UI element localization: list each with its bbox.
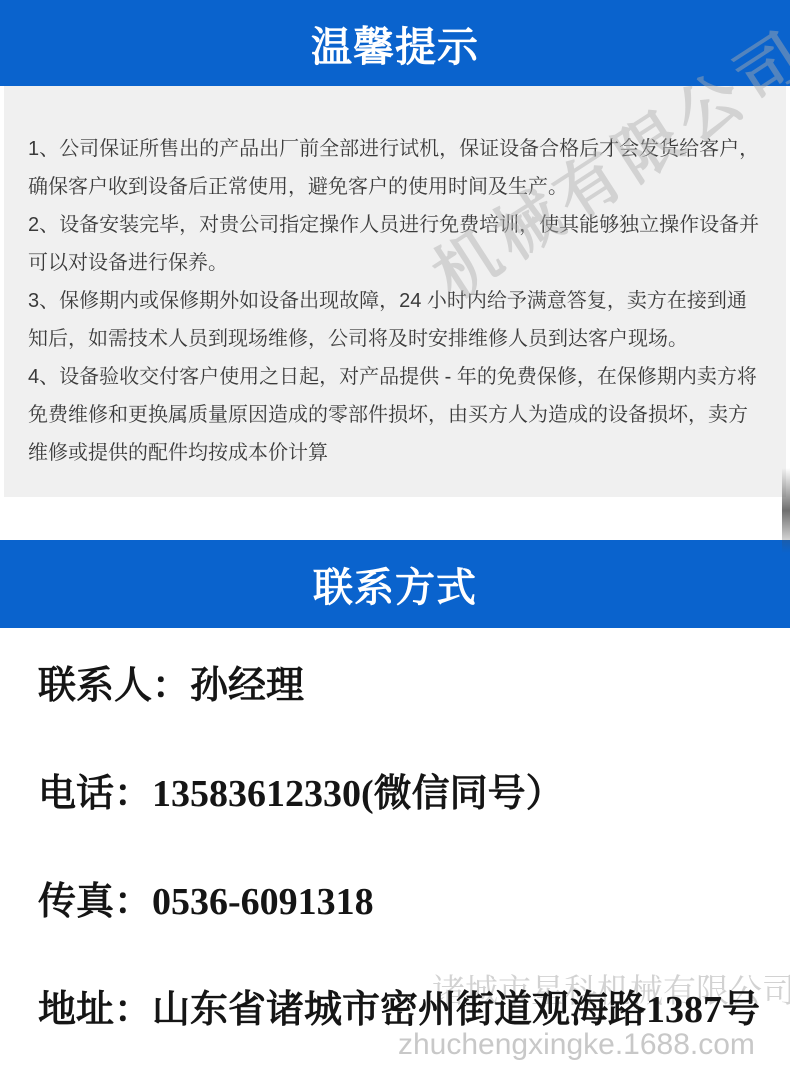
tip-item-4: 4、设备验收交付客户使用之日起，对产品提供 - 年的免费保修，在保修期内卖方将免… <box>28 358 760 472</box>
right-edge-smudge <box>782 468 790 553</box>
tip-item-3: 3、保修期内或保修期外如设备出现故障，24 小时内给予满意答复，卖方在接到通知后… <box>28 282 760 358</box>
contact-phone-row: 电话：13583612330(微信同号） <box>38 771 790 817</box>
contact-section: 联系人：孙经理 电话：13583612330(微信同号） 传真：0536-609… <box>0 628 790 1033</box>
contact-phone-label: 电话： <box>38 773 152 815</box>
contact-title: 联系方式 <box>313 556 477 613</box>
contact-banner: 联系方式 <box>0 540 790 628</box>
tips-section: 1、公司保证所售出的产品出厂前全部进行试机，保证设备合格后才会发货给客户，确保客… <box>4 86 786 497</box>
tip-item-1: 1、公司保证所售出的产品出厂前全部进行试机，保证设备合格后才会发货给客户，确保客… <box>28 130 760 206</box>
tip-item-2: 2、设备安装完毕，对贵公司指定操作人员进行免费培训，使其能够独立操作设备并可以对… <box>28 206 760 282</box>
tips-banner: 温馨提示 <box>0 0 790 86</box>
contact-phone-value: 13583612330(微信同号） <box>152 773 564 815</box>
contact-person-label: 联系人： <box>38 665 190 707</box>
product-notice-page: 温馨提示 1、公司保证所售出的产品出厂前全部进行试机，保证设备合格后才会发货给客… <box>0 0 790 1033</box>
contact-address-value: 山东省诸城市密州街道观海路1387号 <box>152 989 760 1031</box>
tips-title: 温馨提示 <box>311 14 479 73</box>
contact-person-value: 孙经理 <box>190 665 304 707</box>
url-watermark: zhuchengxingke.1688.com <box>398 1028 755 1062</box>
contact-address-row: 地址：山东省诸城市密州街道观海路1387号 <box>38 987 790 1033</box>
contact-fax-row: 传真：0536-6091318 <box>38 879 790 925</box>
contact-fax-value: 0536-6091318 <box>152 881 374 923</box>
contact-address-label: 地址： <box>38 989 152 1031</box>
contact-person-row: 联系人：孙经理 <box>38 663 790 709</box>
contact-fax-label: 传真： <box>38 881 152 923</box>
section-gap <box>0 497 790 540</box>
